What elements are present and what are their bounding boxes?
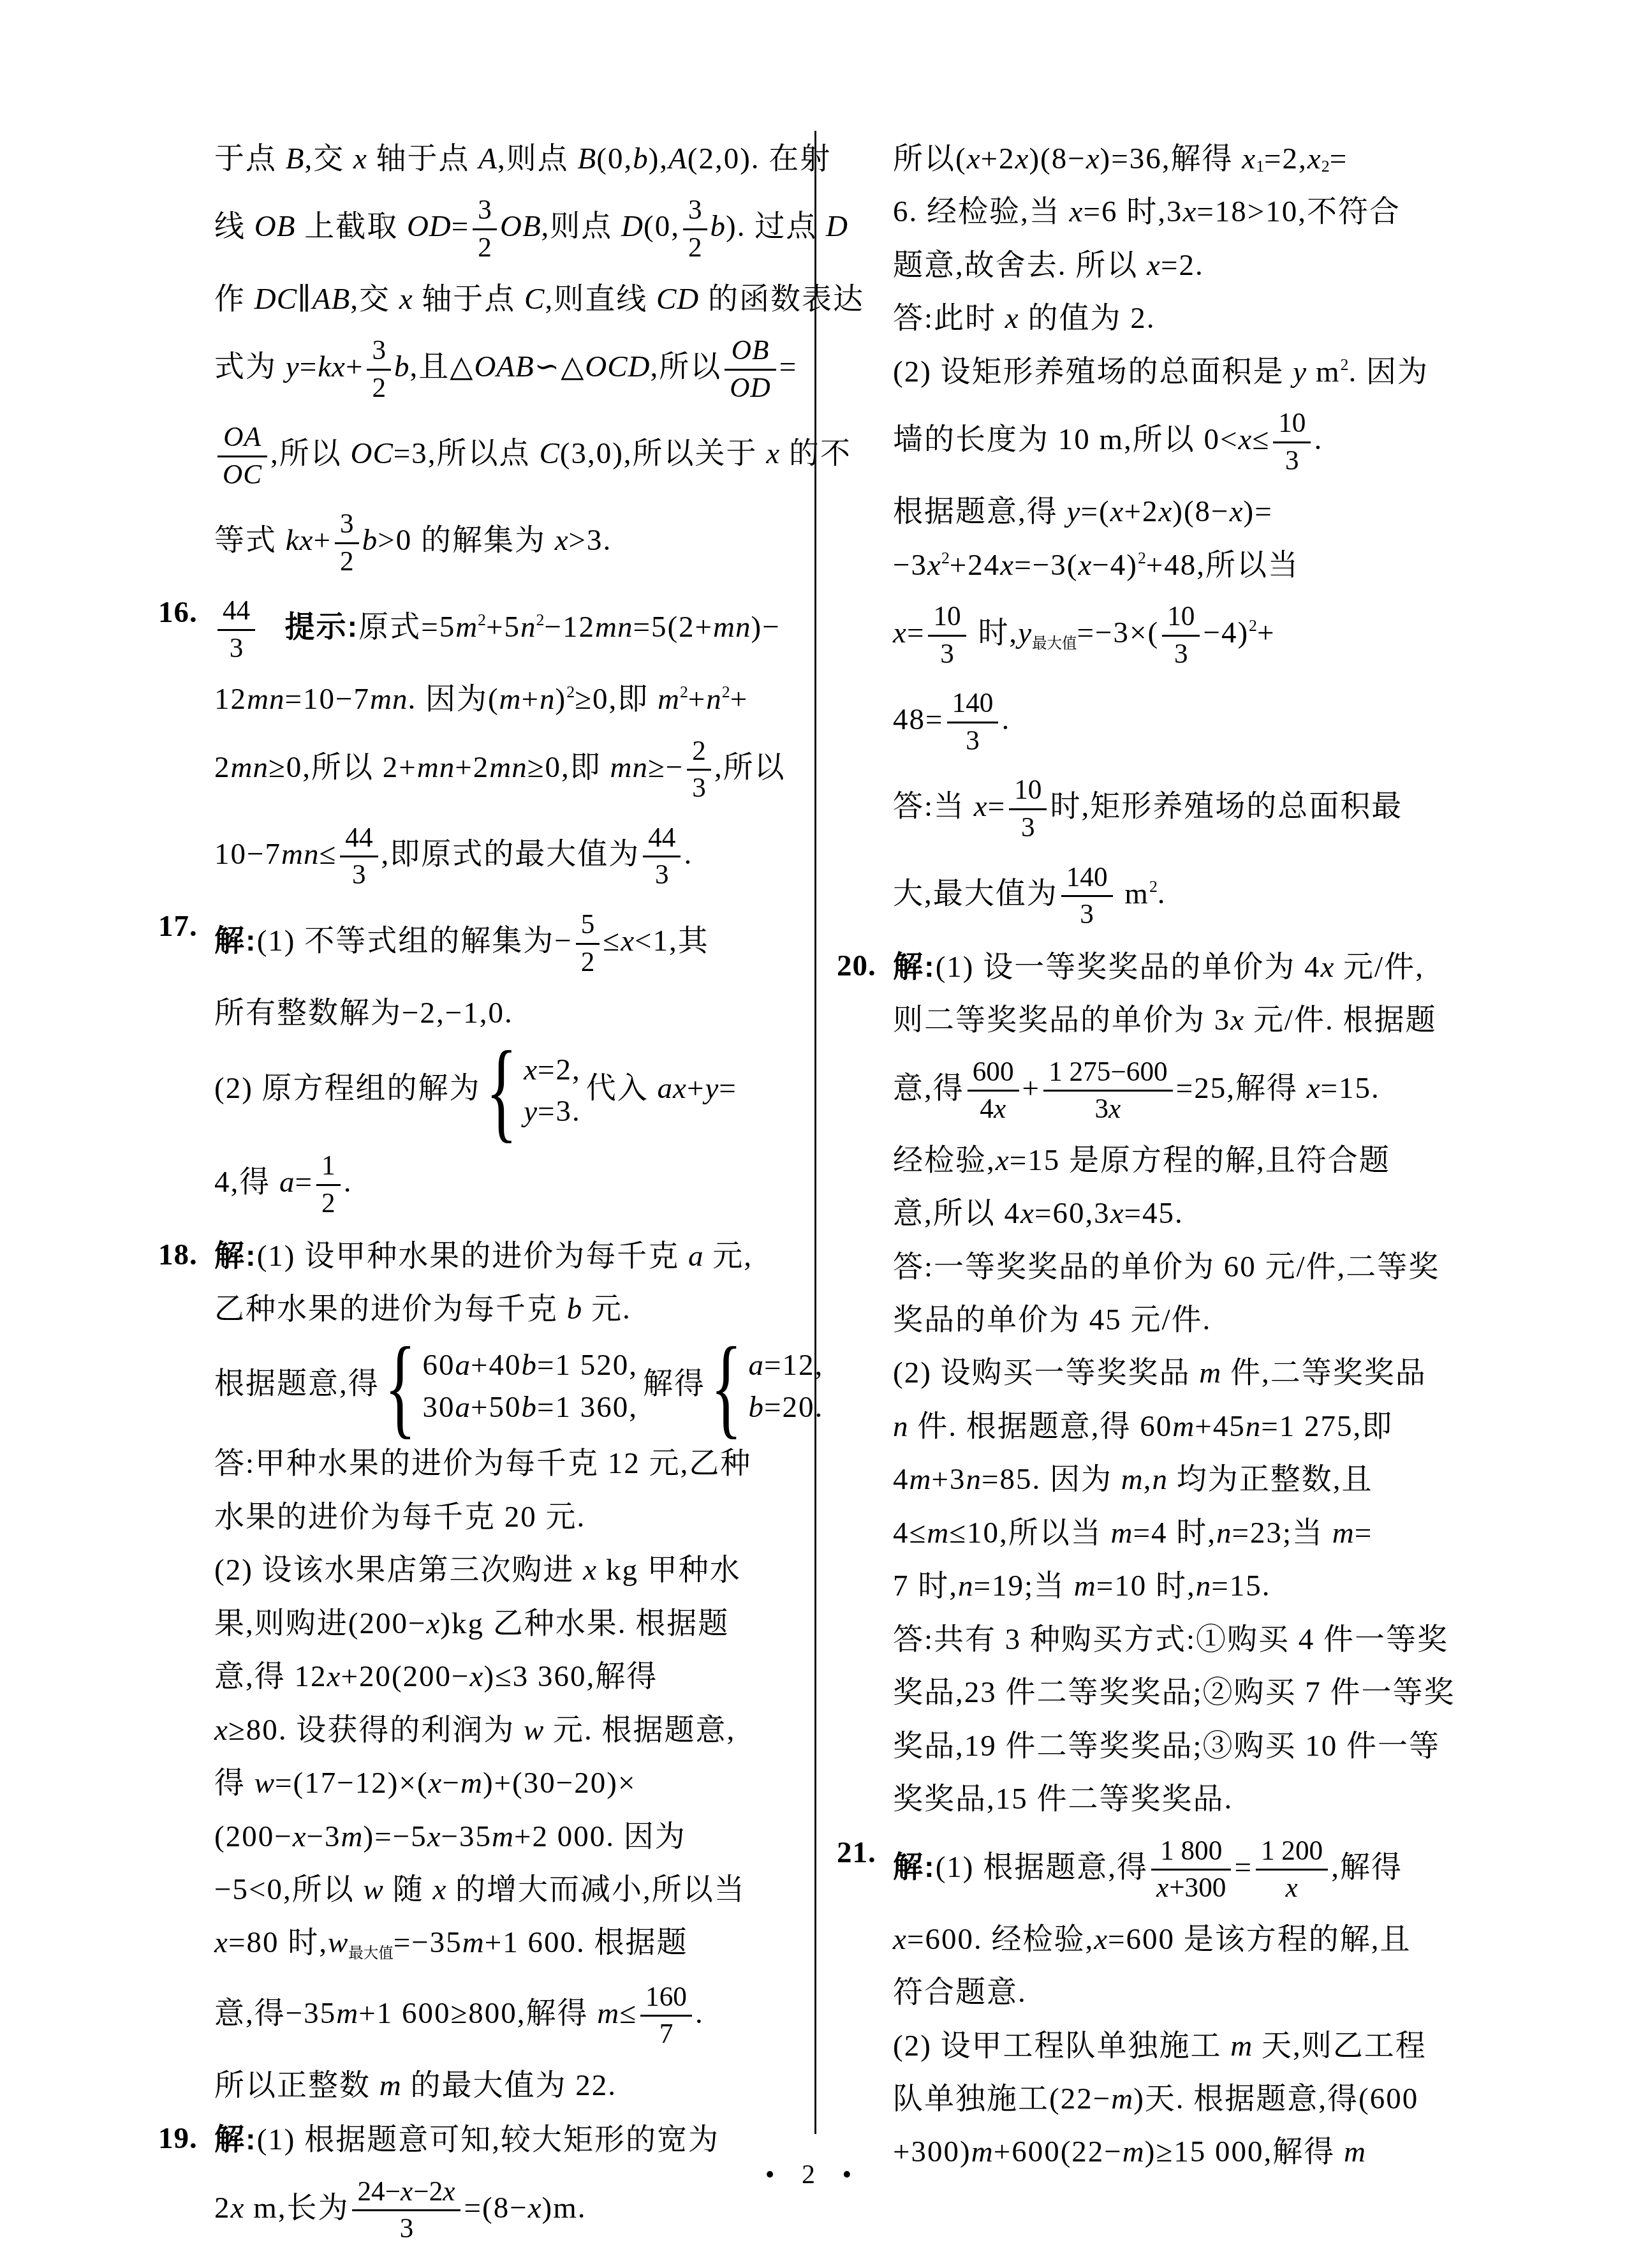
text-run: a bbox=[279, 1166, 295, 1199]
text-run: 600 bbox=[973, 1056, 1014, 1087]
text-run: 答:此时 bbox=[893, 302, 1005, 335]
text-run: 60 bbox=[422, 1349, 455, 1382]
text-run: 式为 bbox=[214, 350, 286, 383]
numerator: 10 bbox=[1162, 601, 1200, 637]
text-run: 3 bbox=[966, 725, 980, 756]
text-run: . 因为 bbox=[1348, 355, 1429, 389]
superscript: 2 bbox=[722, 683, 730, 701]
denominator: 3 bbox=[1162, 637, 1200, 671]
text-run: 3 bbox=[655, 859, 669, 890]
text-run: 10 bbox=[1014, 775, 1042, 805]
text-line: 7 时,n=19;当 m=10 时,n=15. bbox=[893, 1560, 1482, 1613]
text-run: + bbox=[313, 524, 332, 557]
text-run: 上截取 bbox=[295, 210, 407, 243]
text-run: . 因为( bbox=[408, 683, 499, 716]
superscript: 2 bbox=[1138, 549, 1146, 567]
text-run: n bbox=[893, 1410, 909, 1443]
text-run: x bbox=[1078, 549, 1092, 582]
block-content: 解:(1) 设甲种水果的进价为每千克 a 元,乙种水果的进价为每千克 b 元.根… bbox=[214, 1229, 796, 2113]
numerator: 44 bbox=[340, 822, 378, 858]
text-run: ). 过点 bbox=[726, 210, 826, 243]
text-run: (2,0). 在射 bbox=[688, 142, 832, 175]
denominator: 3x bbox=[1043, 1092, 1173, 1125]
text-run: =3. bbox=[538, 1095, 581, 1128]
text-run: m bbox=[341, 1820, 364, 1853]
text-run: ≥80. 设获得的利润为 bbox=[228, 1714, 524, 1747]
numerator: OB bbox=[725, 335, 776, 371]
text-run: x bbox=[994, 1093, 1006, 1124]
text-run: 轴于点 bbox=[367, 142, 479, 175]
text-line: 10−7mn≤443,即原式的最大值为443. bbox=[214, 813, 796, 900]
text-run: 元. bbox=[582, 1293, 631, 1326]
text-run: = bbox=[1355, 1516, 1373, 1550]
superscript: 2 bbox=[566, 683, 575, 701]
text-run: (0, bbox=[596, 142, 633, 175]
text-run: (2) 设矩形养殖场的总面积是 bbox=[893, 355, 1293, 389]
fraction: 1 800x+300 bbox=[1151, 1835, 1231, 1904]
fraction: 6004x bbox=[968, 1056, 1019, 1125]
text-run: x bbox=[1000, 549, 1014, 582]
text-run: x bbox=[1108, 1093, 1121, 1124]
block-content: 所以(x+2x)(8−x)=36,解得 x1=2,x2=6. 经检验,当 x=6… bbox=[893, 133, 1482, 940]
text-run: =15 是原方程的解,且符合题 bbox=[1010, 1144, 1390, 1177]
denominator: 3 bbox=[340, 857, 378, 891]
text-run: x bbox=[1156, 1872, 1169, 1903]
text-line: (2) 原方程组的解为{x=2,y=3.代入 ax+y= bbox=[214, 1041, 796, 1142]
text-line: 解:(1) 设甲种水果的进价为每千克 a 元, bbox=[214, 1229, 796, 1283]
text-run: x bbox=[470, 1660, 484, 1693]
text-run: 线 bbox=[214, 210, 254, 243]
text-run: =3,所以点 bbox=[394, 437, 540, 470]
text-run: >3. bbox=[569, 524, 612, 557]
text-run: x bbox=[583, 1553, 597, 1587]
text-line: x=80 时,w最大值=−35m+1 600. 根据题 bbox=[214, 1916, 796, 1972]
text-run: ,所以 bbox=[714, 751, 786, 784]
text-run: ,解得 bbox=[1331, 1850, 1402, 1883]
text-line: 于点 B,交 x 轴于点 A,则点 B(0,b),A(2,0). 在射 bbox=[214, 133, 796, 186]
text-line: n 件. 根据题意,得 60m+45n=1 275,即 bbox=[893, 1400, 1482, 1453]
superscript: 2 bbox=[941, 549, 950, 567]
text-run: OC bbox=[223, 459, 262, 490]
text-run: =(8− bbox=[464, 2191, 527, 2224]
text-run: 奖品的单价为 45 元/件. bbox=[893, 1303, 1211, 1337]
text-run: 140 bbox=[1066, 862, 1108, 893]
numerator: 2 bbox=[687, 736, 711, 771]
text-run: 140 bbox=[952, 688, 994, 718]
text-run: 大,最大值为 bbox=[893, 877, 1058, 910]
text-run: m bbox=[1116, 877, 1149, 910]
text-run: m bbox=[462, 1926, 485, 1959]
text-run: B bbox=[578, 142, 597, 175]
text-run: x bbox=[1070, 195, 1084, 228]
denominator: 3 bbox=[928, 637, 966, 671]
text-run: 的值为 2. bbox=[1019, 302, 1156, 335]
text-run: m bbox=[336, 1996, 358, 2029]
text-run: 160 bbox=[645, 1982, 687, 2012]
text-run: =15. bbox=[1211, 1569, 1270, 1603]
keyword-text: 解: bbox=[893, 1849, 936, 1883]
text-run: OC bbox=[351, 437, 394, 470]
text-run: = bbox=[300, 350, 318, 383]
text-run: 5 bbox=[581, 909, 595, 940]
text-run: w bbox=[524, 1714, 544, 1747]
subscript-label: 最大值 bbox=[348, 1946, 394, 1962]
text-run: 答:共有 3 种购买方式:①购买 4 件一等奖 bbox=[893, 1623, 1448, 1656]
text-run: +20(200− bbox=[341, 1660, 469, 1693]
text-line: 式为 y=kx+32b,且△OAB∽△OCD,所以OBOD= bbox=[214, 326, 796, 413]
text-run: 意,得 12 bbox=[214, 1660, 327, 1693]
text-run: 等式 bbox=[214, 524, 286, 557]
text-run: 3 bbox=[352, 859, 366, 890]
text-run: n bbox=[540, 683, 556, 716]
text-run: 1 800 bbox=[1160, 1835, 1222, 1866]
text-line: 意,得−35m+1 600≥800,解得 m≤1607. bbox=[214, 1973, 796, 2059]
text-run: x bbox=[327, 1660, 341, 1693]
fraction: 32 bbox=[683, 195, 707, 263]
text-run: 4 bbox=[980, 1093, 994, 1124]
fraction: 52 bbox=[576, 909, 600, 978]
text-run: n bbox=[520, 611, 536, 644]
text-run: + bbox=[522, 683, 540, 716]
text-run: ≤ bbox=[603, 924, 621, 958]
fraction: 1607 bbox=[640, 1982, 692, 2050]
text-run: 2 bbox=[692, 736, 706, 766]
text-run: m bbox=[1111, 1516, 1133, 1550]
text-run: C bbox=[539, 437, 559, 470]
text-run: 3 bbox=[372, 335, 386, 366]
superscript: 2 bbox=[680, 683, 688, 701]
text-line: 等式 kx+32b>0 的解集为 x>3. bbox=[214, 500, 796, 586]
text-line: (200−x−3m)=−5x−35m+2 000. 因为 bbox=[214, 1811, 796, 1864]
text-line: 墙的长度为 10 m,所以 0<x≤103. bbox=[893, 399, 1482, 485]
text-run: 队单独施工(22− bbox=[893, 2082, 1111, 2116]
text-run: x bbox=[399, 283, 413, 316]
text-run: 意,得 bbox=[893, 1071, 964, 1104]
numerator: 3 bbox=[367, 335, 391, 371]
text-run: 作 bbox=[214, 283, 254, 316]
text-run: 4,得 bbox=[214, 1166, 279, 1199]
text-run: OAB bbox=[474, 350, 534, 383]
text-run: <1,其 bbox=[635, 924, 709, 958]
numerator: 3 bbox=[473, 195, 497, 230]
text-run: AB bbox=[313, 283, 350, 316]
text-line: 意,得6004x+1 275−6003x=25,解得 x=15. bbox=[893, 1048, 1482, 1134]
text-run: x bbox=[1320, 951, 1334, 984]
text-run: +50 bbox=[471, 1391, 522, 1424]
text-line: (2) 设矩形养殖场的总面积是 y m2. 因为 bbox=[893, 346, 1482, 399]
text-run: =−3( bbox=[1014, 549, 1078, 582]
text-run: 元/件, bbox=[1334, 951, 1424, 984]
answer-block: 所以(x+2x)(8−x)=36,解得 x1=2,x2=6. 经检验,当 x=6… bbox=[837, 133, 1482, 940]
text-run: )≤3 360,解得 bbox=[483, 1660, 658, 1693]
text-run: 件. 根据题意,得 60 bbox=[909, 1410, 1173, 1443]
numerator: OA bbox=[217, 422, 267, 457]
denominator: 3 bbox=[1273, 443, 1311, 477]
text-run: mn bbox=[417, 751, 455, 784]
text-run: mn bbox=[231, 751, 269, 784]
numerator: 10 bbox=[1273, 408, 1311, 443]
text-run: 随 bbox=[384, 1873, 433, 1906]
text-line: 443 提示:原式=5m2+5n2−12mn=5(2+mn)− bbox=[214, 586, 796, 673]
text-run: ,则点 bbox=[497, 142, 578, 175]
text-run: y bbox=[705, 1072, 719, 1105]
text-run: ≤ bbox=[319, 838, 337, 871]
text-run: ∽△ bbox=[534, 350, 585, 383]
text-run: . bbox=[1314, 423, 1323, 456]
text-run: =85. 因为 bbox=[982, 1463, 1121, 1496]
text-run: 3 bbox=[1094, 1093, 1108, 1124]
text-line: 经检验,x=15 是原方程的解,且符合题 bbox=[893, 1134, 1482, 1187]
brace-line: y=3. bbox=[524, 1091, 581, 1132]
brace-group: {x=2,y=3. bbox=[486, 1049, 581, 1133]
text-run: . bbox=[1001, 703, 1010, 736]
text-line: 意,得 12x+20(200−x)≤3 360,解得 bbox=[214, 1650, 796, 1703]
text-line: x≥80. 设获得的利润为 w 元. 根据题意, bbox=[214, 1704, 796, 1757]
text-line: 线 OB 上截取 OD=32OB,则点 D(0,32b). 过点 D bbox=[214, 186, 796, 272]
text-line: 答:此时 x 的值为 2. bbox=[893, 292, 1482, 345]
text-line: OAOC,所以 OC=3,所以点 C(3,0),所以关于 x 的不 bbox=[214, 413, 796, 500]
text-run: n bbox=[1216, 1516, 1232, 1550]
text-run: 得 bbox=[214, 1767, 254, 1800]
text-run: B bbox=[286, 142, 305, 175]
keyword-text: 提示: bbox=[284, 609, 358, 643]
text-line: 所以(x+2x)(8−x)=36,解得 x1=2,x2= bbox=[893, 133, 1482, 186]
text-run: =4 时, bbox=[1133, 1516, 1217, 1550]
text-run: 7 bbox=[659, 2019, 674, 2049]
text-run: x bbox=[1094, 1923, 1108, 1956]
text-line: 果,则购进(200−x)kg 乙种水果. 根据题 bbox=[214, 1597, 796, 1650]
brace-line: 30a+50b=1 360, bbox=[422, 1387, 638, 1428]
text-run: =6 时,3 bbox=[1083, 195, 1182, 228]
text-line: (2) 设购买一等奖奖品 m 件,二等奖奖品 bbox=[893, 1347, 1482, 1400]
text-run: 意,得−35 bbox=[214, 1996, 336, 2029]
numerator: 600 bbox=[968, 1056, 1019, 1092]
text-run: 3 bbox=[940, 639, 954, 669]
numerator: 160 bbox=[640, 1982, 692, 2017]
denominator: 2 bbox=[367, 371, 391, 404]
text-run: 2 bbox=[214, 2191, 231, 2224]
text-run: =2, bbox=[1264, 142, 1307, 175]
text-line: 48=1403. bbox=[893, 679, 1482, 766]
text-line: 作 DC∥AB,交 x 轴于点 C,则直线 CD 的函数表达 bbox=[214, 273, 796, 326]
block-content: 解:(1) 不等式组的解集为−52≤x<1,其所有整数解为−2,−1,0.(2)… bbox=[214, 900, 796, 1229]
text-run: 时,矩形养殖场的总面积最 bbox=[1050, 790, 1402, 823]
text-run: 代入 bbox=[586, 1072, 658, 1105]
text-run: 解得 bbox=[643, 1368, 705, 1401]
text-run: x bbox=[893, 616, 907, 649]
text-run: 元, bbox=[703, 1240, 753, 1273]
text-line: 符合题意. bbox=[893, 1966, 1482, 2019]
text-run: 所以正整数 bbox=[214, 2069, 379, 2102]
text-run: x bbox=[1230, 495, 1244, 528]
text-run: DC bbox=[254, 283, 297, 316]
text-run: . bbox=[1158, 877, 1167, 910]
text-run: 奖品,23 件二等奖奖品;②购买 7 件一等奖 bbox=[893, 1676, 1455, 1709]
text-run: (200− bbox=[214, 1820, 293, 1853]
text-run: =15. bbox=[1321, 1071, 1380, 1104]
text-line: 解:(1) 不等式组的解集为−52≤x<1,其 bbox=[214, 900, 796, 987]
numerator: 1 800 bbox=[1151, 1835, 1231, 1871]
item-number: 18. bbox=[158, 1238, 198, 1272]
text-run: ≥0,所以 2+ bbox=[269, 751, 417, 784]
text-run: 10 bbox=[933, 601, 961, 632]
text-run: = bbox=[1234, 1850, 1253, 1883]
text-run: x bbox=[1285, 1872, 1298, 1903]
text-run: 6. 经检验,当 bbox=[893, 195, 1070, 228]
text-run: A bbox=[478, 142, 497, 175]
page-number: • 2 • bbox=[0, 2160, 1627, 2190]
text-run: m bbox=[909, 1463, 932, 1496]
text-run: 元. 根据题意, bbox=[544, 1714, 735, 1747]
text-run: m bbox=[927, 1516, 949, 1550]
text-run: =−3×( bbox=[1077, 616, 1160, 649]
text-run: − bbox=[442, 1767, 460, 1800]
text-run: b bbox=[633, 142, 649, 175]
text-run: 答:当 bbox=[893, 790, 974, 823]
text-run: x bbox=[1239, 423, 1253, 456]
text-run: x bbox=[231, 2191, 245, 2224]
item-number: 21. bbox=[837, 1835, 876, 1870]
text-run: 3 bbox=[230, 633, 244, 663]
text-run: (3,0),所以关于 bbox=[560, 437, 767, 470]
text-run: 3 bbox=[400, 2213, 414, 2244]
block-content: 解:(1) 根据题意,得1 800x+300=1 200x,解得x=600. 经… bbox=[893, 1827, 1482, 2179]
brace-lines: a=12,b=20. bbox=[749, 1345, 824, 1428]
text-run: x bbox=[766, 437, 780, 470]
text-run: n bbox=[706, 683, 722, 716]
text-run: −12 bbox=[544, 611, 595, 644]
text-run: ≤10,所以当 bbox=[949, 1516, 1110, 1550]
block-content: 443 提示:原式=5m2+5n2−12mn=5(2+mn)−12mn=10−7… bbox=[214, 586, 796, 900]
text-run: 水果的进价为每千克 20 元. bbox=[214, 1501, 585, 1534]
text-run: +5 bbox=[486, 611, 520, 644]
text-run: = bbox=[295, 1166, 314, 1199]
text-line: 根据题意,得{60a+40b=1 520,30a+50b=1 360,解得{a=… bbox=[214, 1336, 796, 1437]
superscript: 2 bbox=[1149, 877, 1158, 895]
fraction: OBOD bbox=[725, 335, 776, 404]
text-line: 6. 经检验,当 x=6 时,3x=18>10,不符合 bbox=[893, 186, 1482, 239]
text-run: x bbox=[1110, 495, 1124, 528]
text-run: +3 bbox=[931, 1463, 966, 1496]
brace-line: b=20. bbox=[749, 1387, 824, 1428]
text-line: 水果的进价为每千克 20 元. bbox=[214, 1491, 796, 1544]
fraction: 23 bbox=[687, 736, 711, 804]
text-run: y bbox=[524, 1095, 538, 1128]
text-run: m bbox=[1121, 1463, 1144, 1496]
text-run: b bbox=[521, 1349, 537, 1382]
text-run: 的增大而减小,所以当 bbox=[446, 1873, 746, 1906]
numerator: 10 bbox=[1009, 775, 1047, 810]
superscript: 2 bbox=[1249, 616, 1257, 635]
text-run: +2 bbox=[455, 751, 489, 784]
text-run: =10 时, bbox=[1096, 1569, 1196, 1603]
text-run: 答:甲种水果的进价为每千克 12 元,乙种 bbox=[214, 1447, 751, 1480]
text-line: 奖奖品,15 件二等奖奖品. bbox=[893, 1773, 1482, 1826]
text-run: OB bbox=[732, 335, 770, 366]
text-run: =2, bbox=[538, 1053, 581, 1086]
denominator: x+300 bbox=[1151, 1871, 1231, 1904]
text-run: w bbox=[254, 1767, 275, 1800]
text-run: 经检验, bbox=[893, 1144, 996, 1177]
text-run: x bbox=[621, 924, 635, 958]
denominator: 7 bbox=[640, 2017, 692, 2050]
fraction: 1 275−6003x bbox=[1043, 1056, 1173, 1125]
text-run: )= bbox=[1244, 495, 1273, 528]
text-run: x bbox=[1147, 249, 1161, 282]
text-run: m bbox=[597, 1996, 619, 2029]
text-run: x bbox=[996, 1144, 1010, 1177]
text-run: 2 bbox=[372, 373, 386, 403]
text-run: 1 bbox=[321, 1150, 335, 1181]
text-run: x bbox=[426, 1607, 440, 1640]
text-run: 答:一等奖奖品的单价为 60 元/件,二等奖 bbox=[893, 1250, 1439, 1284]
text-run: x bbox=[1307, 142, 1321, 175]
text-run: =80 时, bbox=[228, 1926, 328, 1959]
fraction: 32 bbox=[335, 508, 359, 577]
text-run: =45. bbox=[1124, 1197, 1184, 1230]
text-run: 44 bbox=[223, 595, 250, 626]
text-run: +2 000. 因为 bbox=[514, 1820, 686, 1853]
text-run: m bbox=[1307, 355, 1340, 389]
text-run: =600 是该方程的解,且 bbox=[1108, 1923, 1411, 1956]
text-run: −35 bbox=[441, 1820, 492, 1853]
text-line: x=600. 经检验,x=600 是该方程的解,且 bbox=[893, 1913, 1482, 1966]
text-run: mn bbox=[370, 683, 408, 716]
text-run: 于点 bbox=[214, 142, 286, 175]
text-run: = bbox=[719, 1072, 737, 1105]
text-line: 解:(1) 根据题意,得1 800x+300=1 200x,解得 bbox=[893, 1827, 1482, 1913]
text-run: 3 bbox=[478, 195, 492, 225]
text-run: ≥− bbox=[648, 751, 684, 784]
text-run: (0, bbox=[644, 210, 680, 243]
fraction: 1403 bbox=[947, 688, 999, 757]
text-run: 轴于点 bbox=[413, 283, 525, 316]
text-run: 2 bbox=[478, 232, 492, 263]
text-run: 奖品,19 件二等奖奖品;③购买 10 件一等 bbox=[893, 1730, 1440, 1763]
text-run: +2 bbox=[981, 142, 1015, 175]
text-run: ,所以 bbox=[651, 350, 722, 383]
fraction: 443 bbox=[340, 822, 378, 891]
superscript: 2 bbox=[536, 611, 545, 629]
text-run: n bbox=[1196, 1569, 1212, 1603]
text-run: OB bbox=[254, 210, 296, 243]
text-run: +48,所以当 bbox=[1146, 549, 1299, 582]
text-run: (1) 不等式组的解集为− bbox=[257, 924, 573, 958]
text-run: . bbox=[695, 1996, 704, 2029]
text-run: 意,所以 4 bbox=[893, 1197, 1020, 1230]
text-run: . bbox=[344, 1166, 353, 1199]
text-run: (2) 设购买一等奖奖品 bbox=[893, 1356, 1199, 1390]
text-run: (1) 设甲种水果的进价为每千克 bbox=[257, 1240, 688, 1273]
text-run: =−35 bbox=[394, 1926, 462, 1959]
text-run: =23;当 bbox=[1232, 1516, 1332, 1550]
text-run: x bbox=[528, 2191, 542, 2224]
text-run: CD bbox=[656, 283, 699, 316]
text-run: −4) bbox=[1203, 616, 1249, 649]
text-run: D bbox=[621, 210, 644, 243]
text-run: 4 bbox=[893, 1463, 909, 1496]
text-line: 答:当 x=103时,矩形养殖场的总面积最 bbox=[893, 766, 1482, 852]
text-line: 根据题意,得 y=(x+2x)(8−x)= bbox=[893, 485, 1482, 538]
text-run: 10−7 bbox=[214, 838, 281, 871]
text-line: 乙种水果的进价为每千克 b 元. bbox=[214, 1283, 796, 1336]
text-run: ) bbox=[556, 683, 567, 716]
text-run: m bbox=[658, 683, 680, 716]
text-run: 30 bbox=[422, 1391, 455, 1424]
text-run: . bbox=[684, 838, 693, 871]
answer-key-page: 于点 B,交 x 轴于点 A,则点 B(0,b),A(2,0). 在射线 OB … bbox=[0, 0, 1627, 2268]
text-run: x bbox=[429, 1767, 443, 1800]
